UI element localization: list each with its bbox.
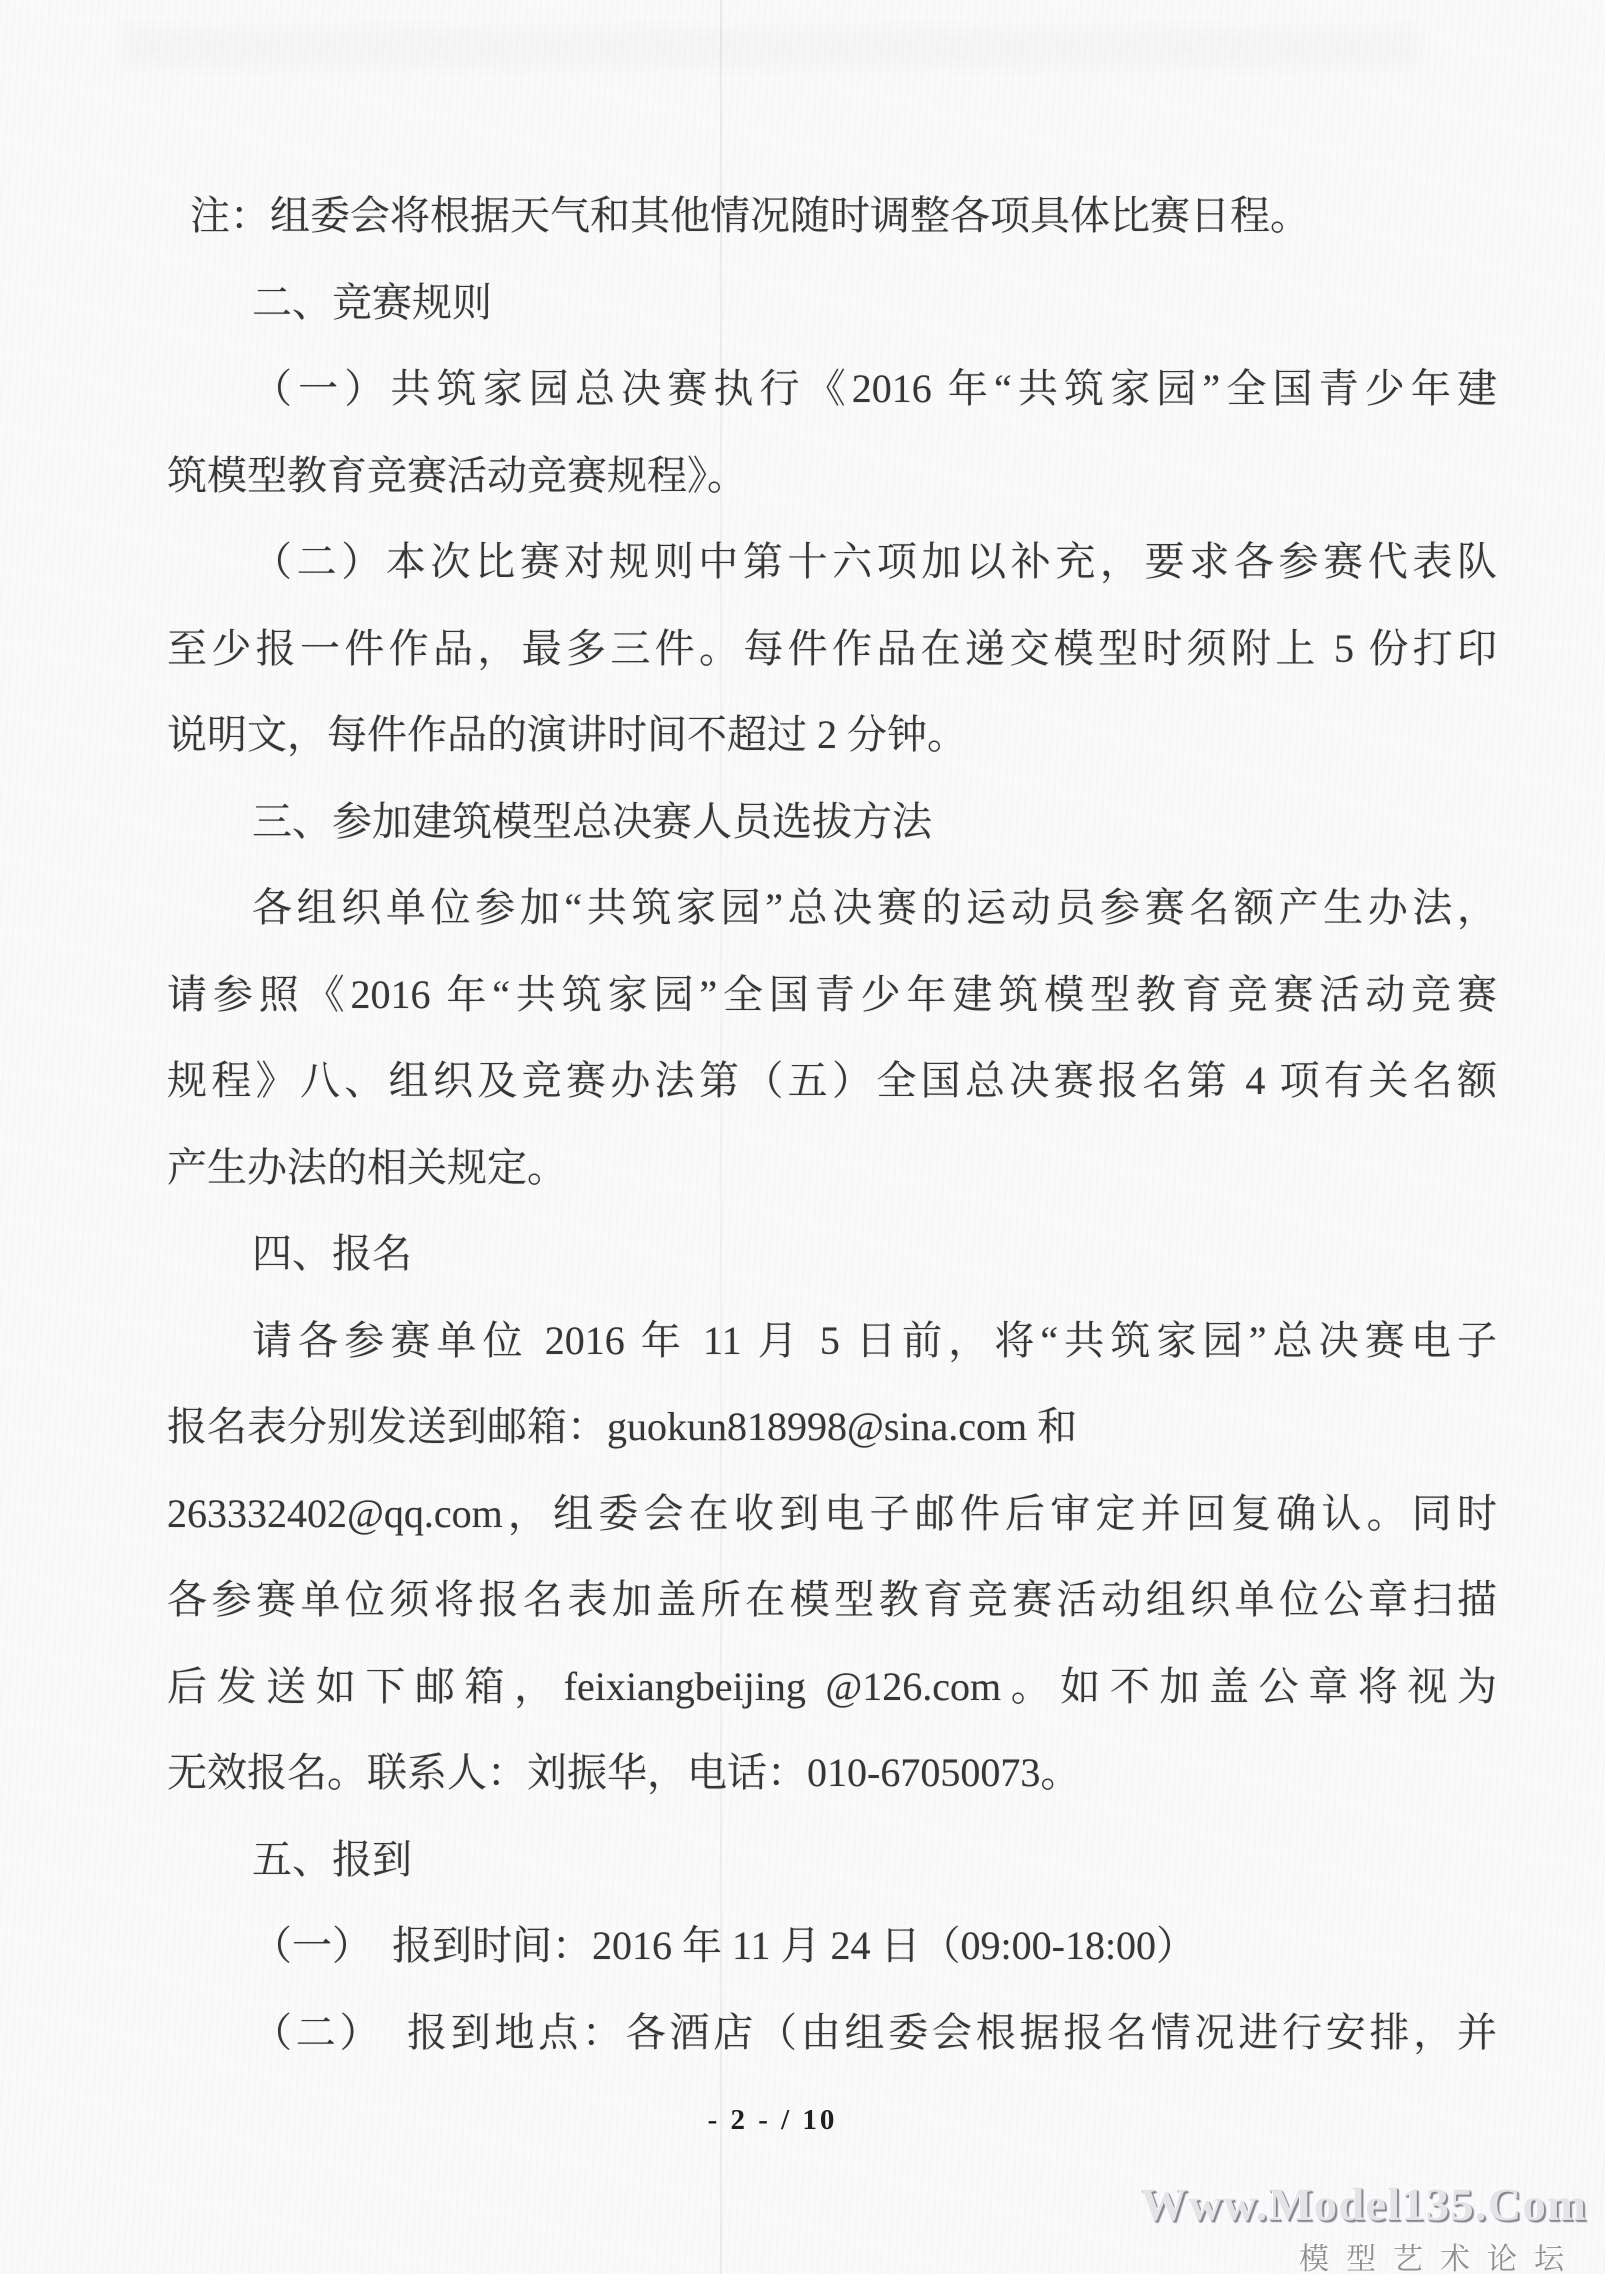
text-line: 二、竞赛规则 [252, 279, 492, 327]
text-line: 三、参加建筑模型总决赛人员选拔方法 [252, 798, 932, 846]
text-line: 263332402@qq.com，组委会在收到电子邮件后审定并回复确认。同时 [167, 1490, 1497, 1538]
text-line: 无效报名。联系人：刘振华，电话：010-67050073。 [167, 1749, 1080, 1797]
text-line: 至少报一件作品，最多三件。每件作品在递交模型时须附上 5 份打印 [167, 625, 1497, 673]
text-line: （二）本次比赛对规则中第十六项加以补充，要求各参赛代表队 [252, 538, 1497, 586]
text-line: 四、报名 [252, 1230, 412, 1278]
page-number: - 2 - / 10 [0, 2104, 1545, 2137]
text-line: 请参照《2016 年“共筑家园”全国青少年建筑模型教育竞赛活动竞赛 [167, 971, 1497, 1019]
text-line: 五、报到 [252, 1836, 412, 1884]
text-line: 请各参赛单位 2016 年 11 月 5 日前，将“共筑家园”总决赛电子 [252, 1317, 1497, 1365]
text-layer: 注：组委会将根据天气和其他情况随时调整各项具体比赛日程。二、竞赛规则（一）共筑家… [0, 0, 1605, 2274]
text-line: 各参赛单位须将报名表加盖所在模型教育竞赛活动组织单位公章扫描 [167, 1576, 1497, 1624]
text-line: 各组织单位参加“共筑家园”总决赛的运动员参赛名额产生办法， [252, 884, 1497, 932]
text-line: （二） 报到地点：各酒店（由组委会根据报名情况进行安排，并 [252, 2009, 1497, 2057]
text-line: 后发送如下邮箱，feixiangbeijing @126.com。如不加盖公章将… [167, 1663, 1497, 1711]
text-line: （一）共筑家园总决赛执行《2016 年“共筑家园”全国青少年建 [252, 365, 1497, 413]
text-line: 规程》八、组织及竞赛办法第（五）全国总决赛报名第 4 项有关名额 [167, 1057, 1497, 1105]
text-line: （一） 报到时间：2016 年 11 月 24 日（09:00-18:00） [252, 1922, 1196, 1970]
text-line: 产生办法的相关规定。 [167, 1144, 567, 1192]
text-line: 注：组委会将根据天气和其他情况随时调整各项具体比赛日程。 [190, 192, 1310, 240]
document-page: { "meta": { "kind": "scanned-document-pa… [0, 0, 1605, 2274]
text-line: 筑模型教育竞赛活动竞赛规程》。 [167, 452, 747, 500]
text-line: 报名表分别发送到邮箱：guokun818998@sina.com 和 [167, 1403, 1077, 1451]
text-line: 说明文，每件作品的演讲时间不超过 2 分钟。 [167, 711, 967, 759]
